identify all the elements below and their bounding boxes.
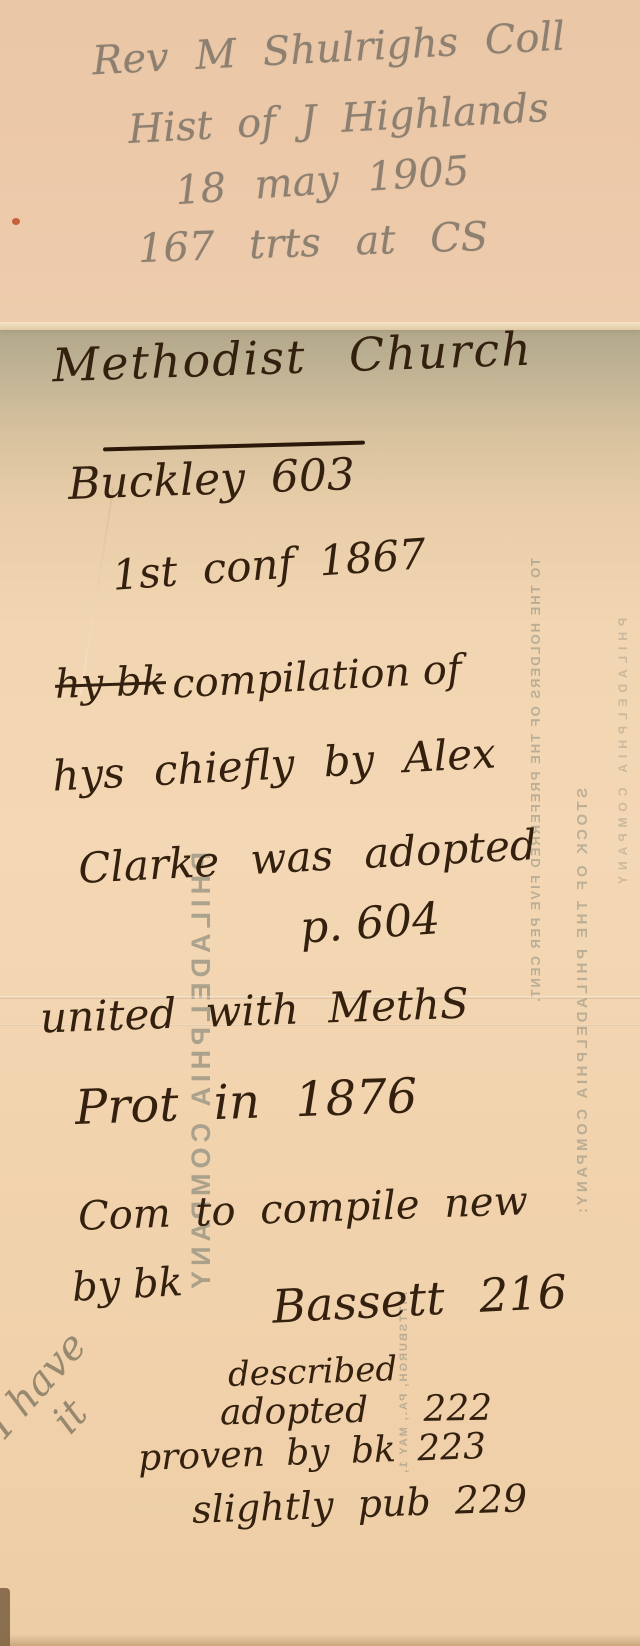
note-line-page-ref: Bassett 216 — [271, 1264, 568, 1333]
page-title: Methodist Church — [51, 322, 533, 393]
note-line-page-ref: proven by bk 223 — [137, 1426, 486, 1479]
note-line: described — [227, 1349, 397, 1395]
note-line: Com to compile new — [77, 1178, 528, 1240]
note-line-page-ref: p. 604 — [298, 893, 441, 954]
note-line: Buckley 603 — [67, 449, 356, 510]
note-line: by bk — [71, 1259, 184, 1311]
scanned-document: Rev M Shulrighs Coll Hist of J Highlands… — [0, 0, 640, 1646]
stamp-holders-text: TO THE HOLDERS OF THE PREFERRED FIVE PER… — [528, 558, 543, 1004]
note-line-page-ref: slightly pub 229 — [191, 1476, 528, 1532]
note-line: Clarke was adopted — [77, 820, 538, 893]
note-line: Prot in 1876 — [74, 1068, 418, 1136]
note-line: compilation of — [171, 646, 463, 707]
stamp-edge-text: PHILADELPHIA COMPANY — [616, 618, 630, 890]
card-line-count: 167 trts at CS — [137, 214, 489, 272]
card-bottom-edge — [0, 322, 640, 330]
rust-spot — [12, 218, 20, 225]
card-line-collection: Rev M Shulrighs Coll — [91, 14, 566, 85]
top-note-card: Rev M Shulrighs Coll Hist of J Highlands… — [0, 0, 640, 322]
note-line: 1st conf 1867 — [111, 529, 428, 600]
pencil-annotation: I have it — [0, 1323, 130, 1477]
card-line-title: Hist of J Highlands — [127, 85, 550, 153]
paper-bottom-shadow — [0, 1634, 640, 1646]
note-line: united with MethS — [39, 979, 469, 1043]
manuscript-sheet: PHILADELPHIA COMPANY TO THE HOLDERS OF T… — [0, 326, 640, 1646]
card-line-date: 18 may 1905 — [174, 148, 471, 214]
struck-word: hy bk — [54, 658, 166, 708]
note-line: hys chiefly by Alex — [51, 728, 497, 800]
stamp-stock-text: STOCK OF THE PHILADELPHIA COMPANY: — [574, 788, 591, 1216]
